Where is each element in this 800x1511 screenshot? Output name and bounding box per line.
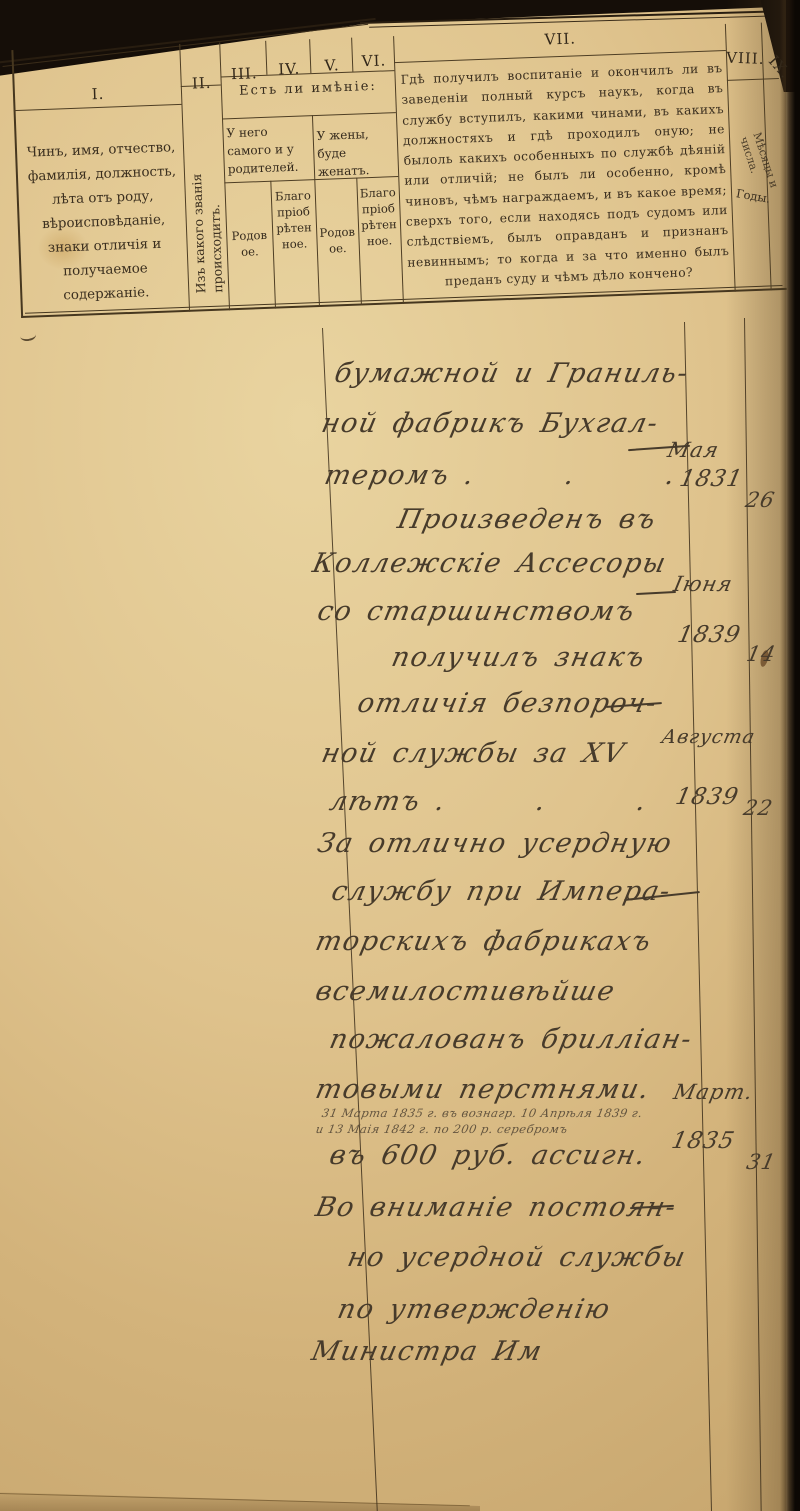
entry-date-day: 22 (741, 796, 775, 820)
handwriting-line: товыми перстнями. (313, 1074, 653, 1105)
body-rule-year-column-left (684, 322, 712, 1511)
entry-date-month: Іюня (671, 572, 735, 596)
handwriting-line: со старшинствомъ (315, 596, 638, 627)
handwriting-line: ной фабрикъ Бухгал- (319, 408, 662, 439)
rule-under-num8-9 (727, 78, 779, 81)
interlinear-pencil-note: 31 Марта 1835 г. въ вознагр. 10 Апрѣля 1… (321, 1106, 644, 1120)
handwriting-line: бумажной и Граниль- (332, 358, 692, 389)
interlinear-pencil-note: и 13 Маія 1842 г. по 200 р. серебромъ (315, 1122, 569, 1136)
col7-heading-text: Гдѣ получилъ воспитаніе и окончилъ ли въ… (400, 58, 730, 293)
handwriting-line: Коллежскіе Ассесоры (310, 548, 670, 579)
handwriting-line: по утвержденію (335, 1294, 614, 1325)
col2-heading-text-rotated: Изъ какого званія происходитъ. (187, 135, 227, 294)
handwriting-line: въ 600 руб. ассигн. (327, 1140, 650, 1171)
body-rule-text-column-left (322, 328, 378, 1511)
handwriting-line: получилъ знакъ (389, 642, 649, 673)
column-number-8: VIII. (726, 49, 765, 69)
handwriting-line: лѣтъ . . . (327, 786, 651, 817)
handwriting-line: службу при Импера- (329, 876, 674, 907)
handwriting-line: пожалованъ брилліан- (327, 1024, 696, 1055)
column-number-4: IV. (268, 59, 311, 79)
entry-date-year: 1835 (669, 1128, 737, 1154)
connector-dash (636, 591, 676, 595)
form-table-header: I. II. III. IV. V. VI. VII. VIII. IX. Чи… (11, 22, 786, 318)
entry-date-day: 14 (744, 642, 778, 666)
entry-date-year: 1831 (677, 466, 745, 492)
pen-flourish (19, 329, 36, 342)
handwriting-line: теромъ . . . (322, 460, 679, 491)
handwriting-line: отличія безпороч- (355, 688, 661, 719)
rule-under-num1 (14, 104, 182, 111)
entry-date-month: Март. (671, 1080, 755, 1104)
col1-heading-text: Чинъ, имя, отчество, фамилія, должность,… (25, 136, 183, 309)
col4-blagopriobretennoe-heading: Благопріобрѣтенное. (274, 187, 314, 252)
handwriting-line: За отлично усердную (315, 828, 676, 859)
handwriting-line: Во вниманіе постоян- (313, 1192, 680, 1223)
column-number-5: V. (312, 56, 353, 76)
handwriting-line: Министра Им (309, 1336, 546, 1367)
column-number-6: VI. (354, 51, 395, 71)
col3-rodovoe-heading: Родовое. (230, 227, 269, 260)
col5-rodovoe-heading: Родовое. (319, 224, 356, 257)
handwriting-line: но усердной службы (345, 1242, 690, 1273)
wife-estate-heading: У жены, буде женатъ. (316, 124, 394, 181)
entry-date-year: 1839 (675, 622, 743, 648)
column-number-1: I. (43, 83, 154, 106)
entry-date-day: 26 (743, 488, 777, 512)
handwriting-line: всемилостивѣйше (313, 976, 619, 1007)
rule-under-estate-group (222, 112, 396, 120)
column-number-2: II. (182, 73, 221, 93)
handwriting-line: ной службы за XV (319, 738, 628, 769)
handwriting-line: торскихъ фабрикахъ (313, 926, 655, 957)
entry-date-day: 31 (744, 1150, 778, 1174)
column-number-7: VII. (395, 24, 725, 55)
entry-date-month: Мая (665, 438, 721, 462)
column-number-3: III. (222, 64, 267, 84)
entry-date-year: 1839 (673, 784, 741, 810)
header-left-rule (11, 50, 22, 318)
handwriting-line: Произведенъ въ (395, 504, 660, 535)
entry-date-month: Августа (660, 726, 758, 748)
col6-blagopriobretennoe-heading: Благопріобрѣтенное. (360, 184, 398, 249)
document-photo: I. II. III. IV. V. VI. VII. VIII. IX. Чи… (0, 0, 800, 1511)
own-estate-heading: У него самого и у родителей. (226, 121, 310, 178)
